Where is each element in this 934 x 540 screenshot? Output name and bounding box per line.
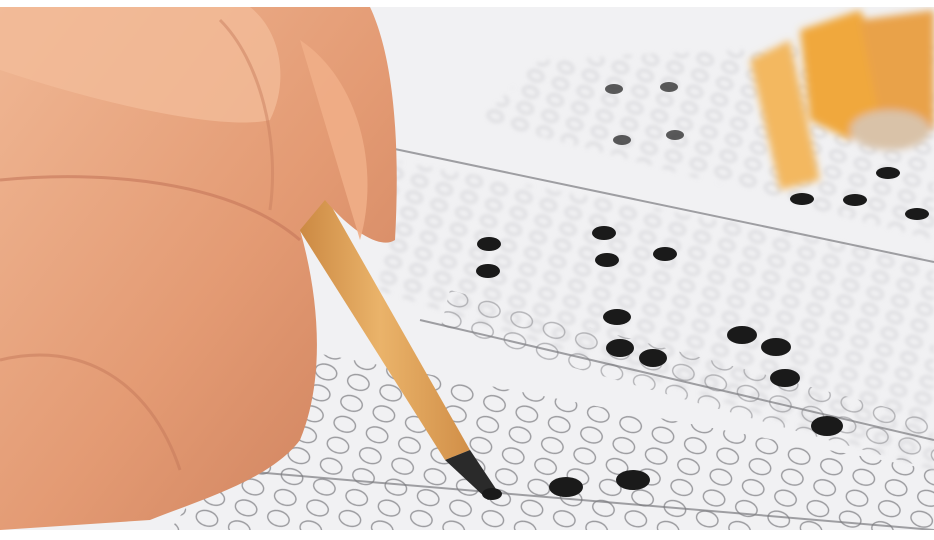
photo-illustration — [0, 7, 934, 530]
answer-sheet-photo — [0, 7, 934, 530]
